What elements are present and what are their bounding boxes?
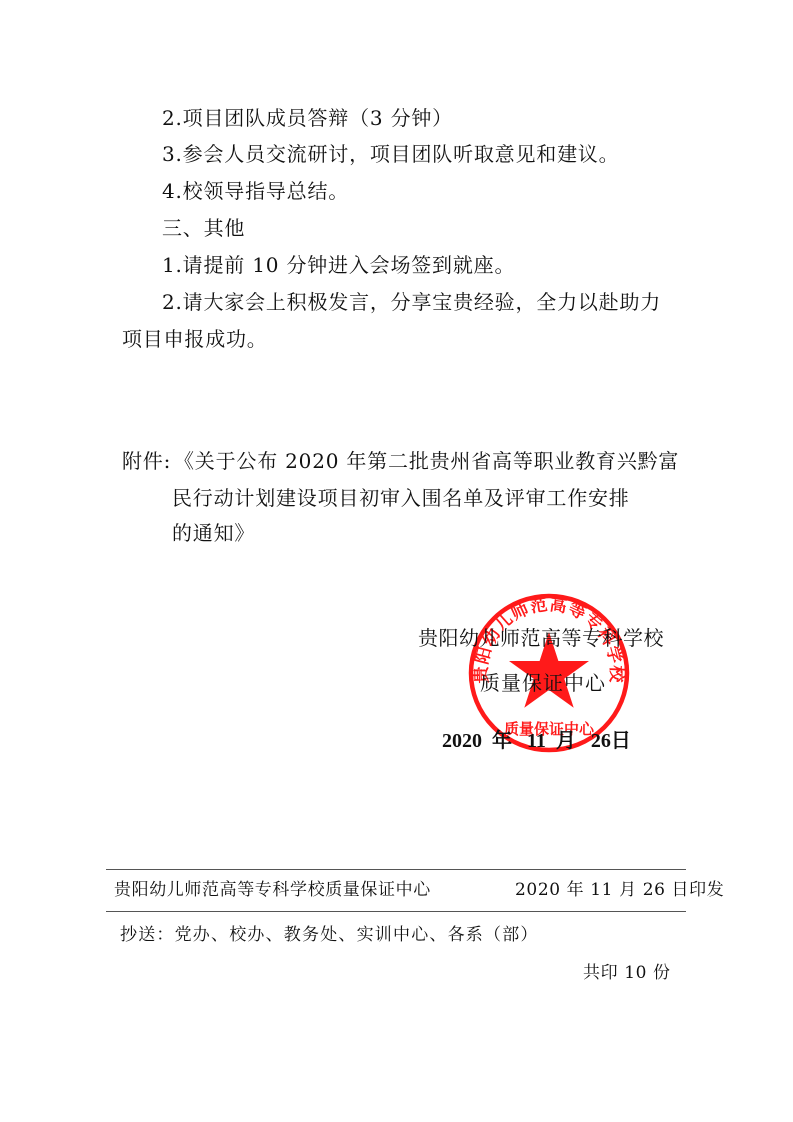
agenda-item-2: 2.项目团队成员答辩（3 分钟） [162, 106, 453, 130]
agenda-item-3: 3.参会人员交流研讨，项目团队听取意见和建议。 [162, 142, 619, 166]
date-month-unit: 月 [556, 730, 576, 752]
footer-copies-count: 共印 10 份 [583, 963, 671, 983]
section-heading-other: 三、其他 [162, 216, 245, 240]
date-year-unit: 年 [492, 730, 512, 752]
attachment-title-line-1[interactable]: 《关于公布 2020 年第二批贵州省高等职业教育兴黔富 [174, 449, 679, 473]
document-page: 2.项目团队成员答辩（3 分钟） 3.参会人员交流研讨，项目团队听取意见和建议。… [0, 0, 793, 1122]
other-item-1: 1.请提前 10 分钟进入会场签到就座。 [162, 253, 515, 277]
signature-date: 2020年 11月 26日 [442, 729, 641, 753]
footer-cc-list: 抄送：党办、校办、教务处、实训中心、各系（部） [120, 925, 539, 945]
attachment-title-line-2[interactable]: 民行动计划建设项目初审入围名单及评审工作安排 [172, 486, 630, 510]
attachment-label: 附件: [122, 449, 171, 473]
date-month: 11 [527, 730, 546, 752]
footer-divider-top [106, 869, 686, 870]
agenda-item-4: 4.校领导指导总结。 [162, 179, 349, 203]
date-day-unit: 日 [611, 730, 631, 752]
signature-department: 质量保证中心 [480, 671, 606, 695]
footer-issue-date: 2020 年 11 月 26 日印发 [515, 880, 724, 900]
other-item-2: 2.请大家会上积极发言，分享宝贵经验，全力以赴助力 [162, 290, 661, 314]
attachment-title-line-3[interactable]: 的通知》 [172, 521, 255, 545]
signature-organization: 贵阳幼儿师范高等专科学校 [418, 626, 664, 650]
date-day: 26 [591, 730, 611, 752]
other-item-2-continued: 项目申报成功。 [122, 327, 268, 351]
footer-divider-bottom [106, 911, 686, 912]
footer-issuer: 贵阳幼儿师范高等专科学校质量保证中心 [114, 880, 431, 900]
date-year: 2020 [442, 730, 482, 752]
